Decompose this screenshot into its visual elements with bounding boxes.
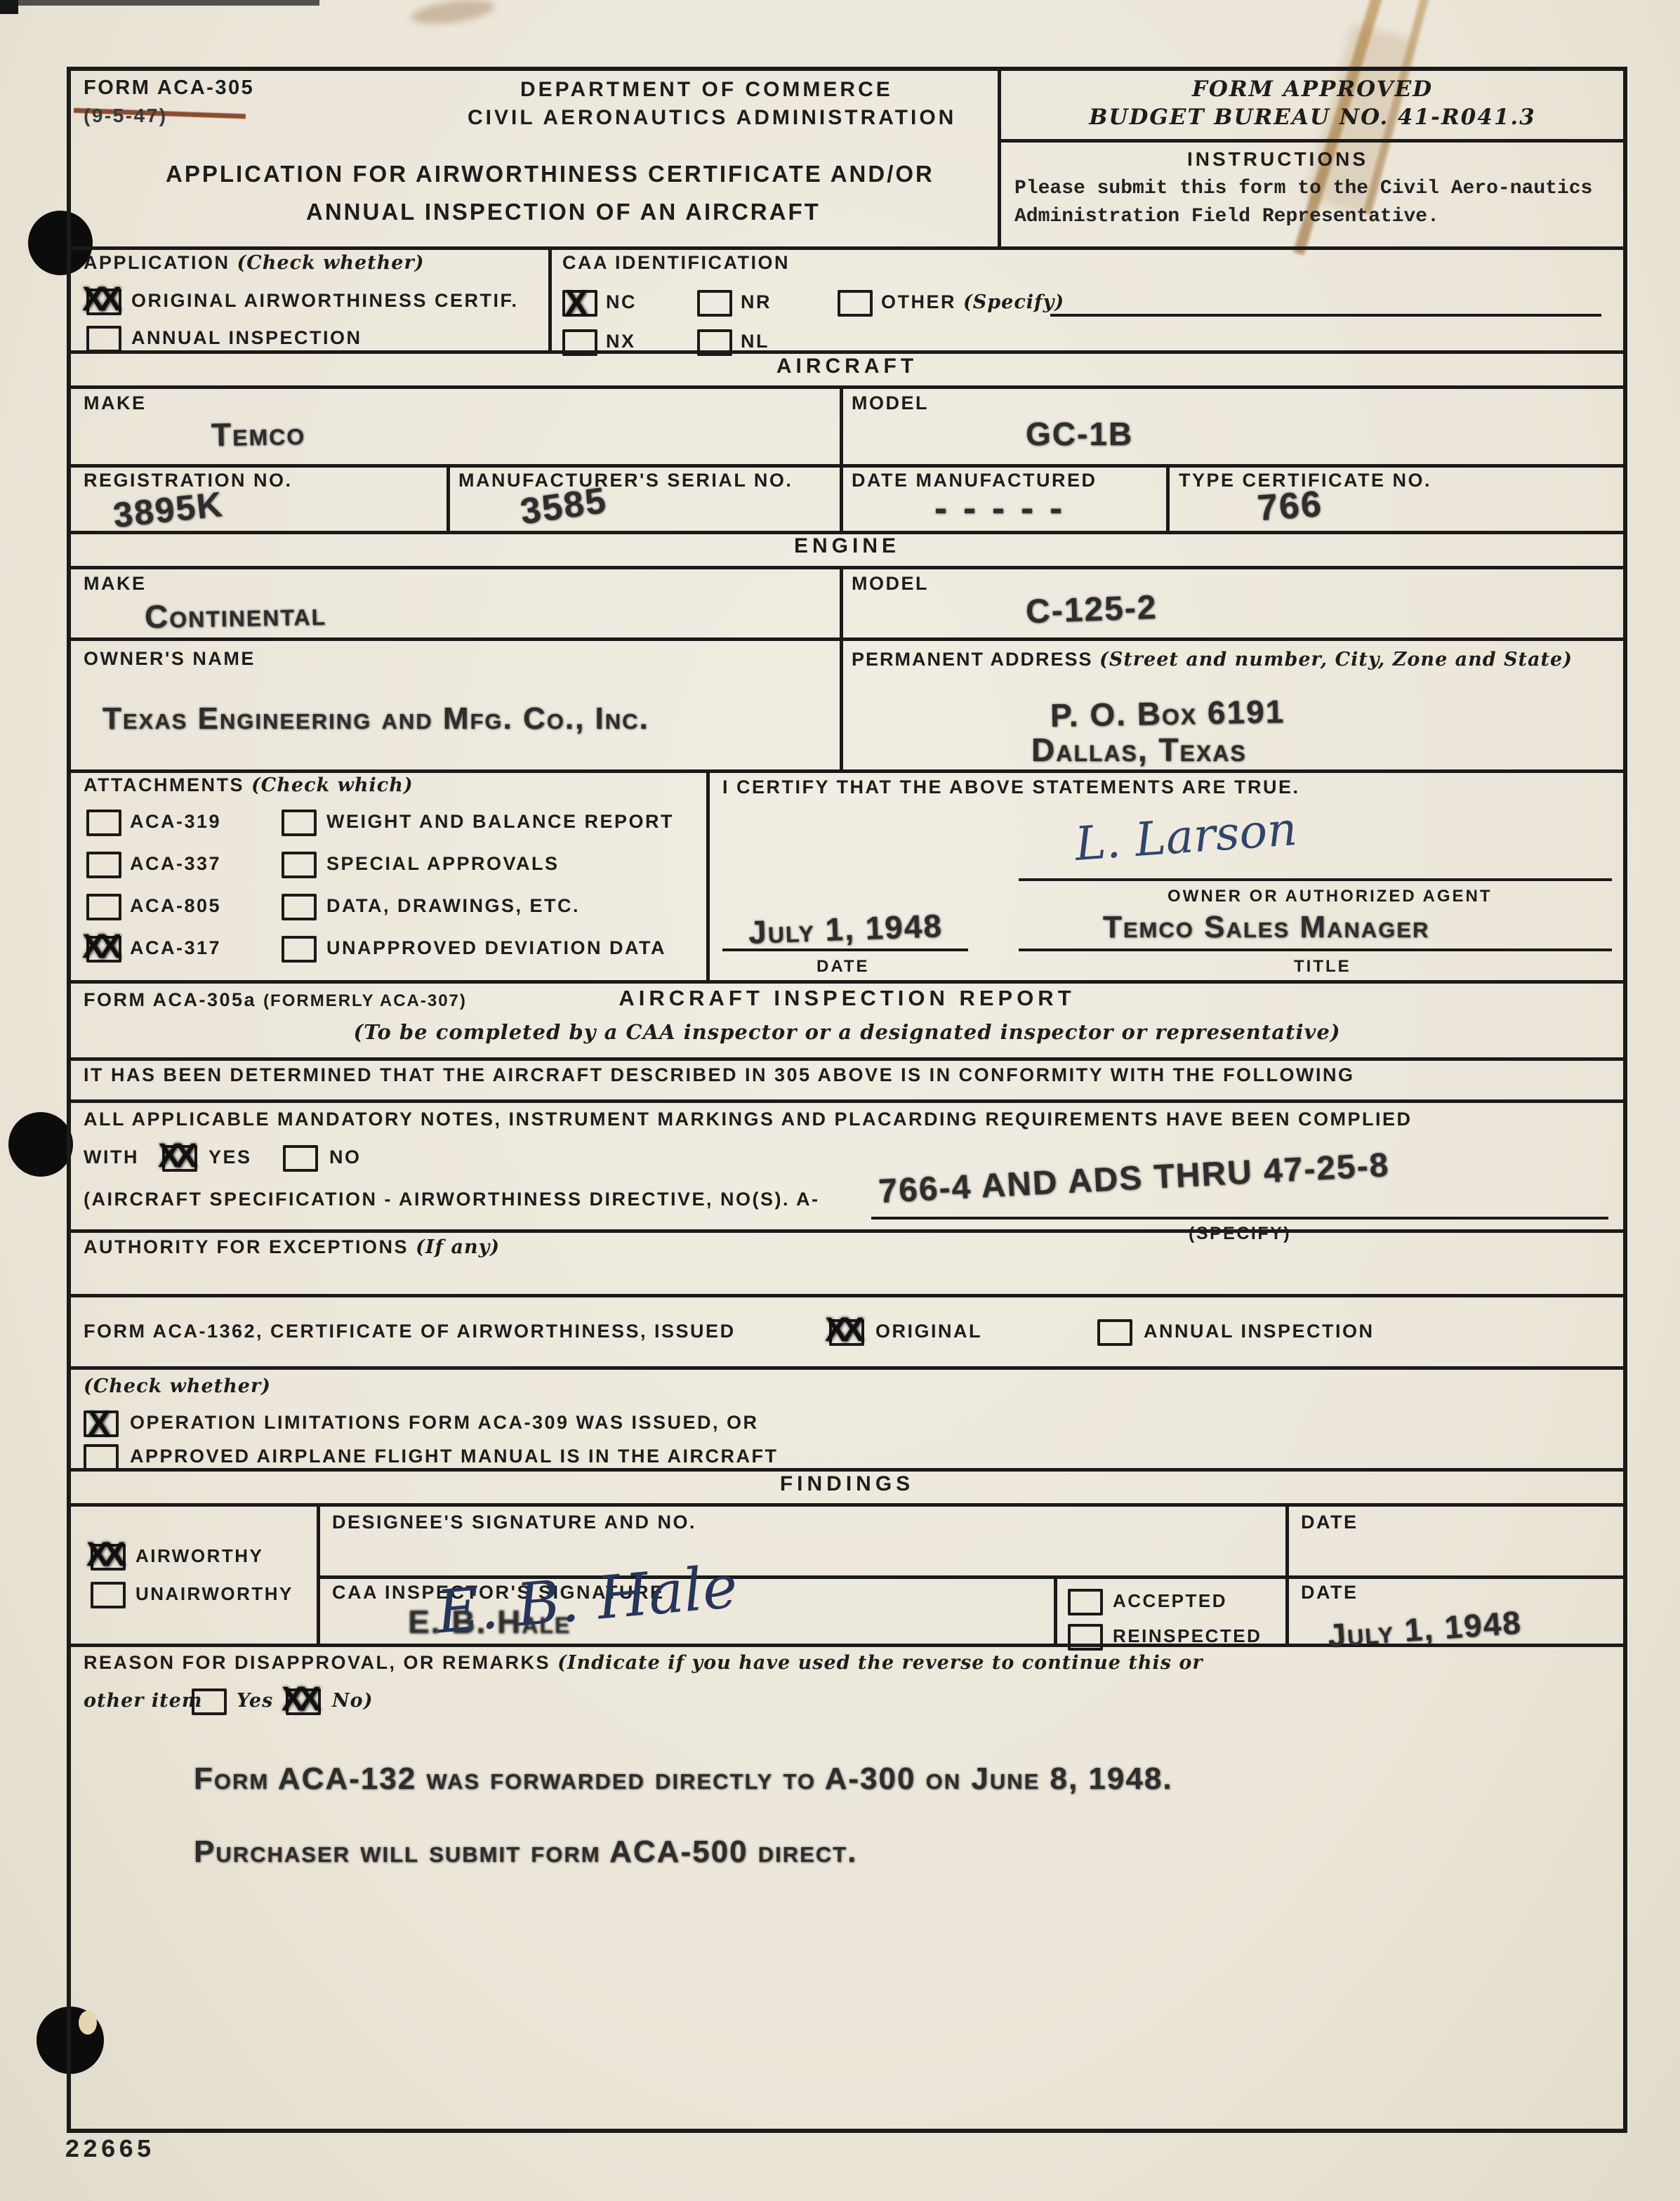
checkbox-issued-annual[interactable] <box>1097 1319 1132 1346</box>
instructions-body: Please submit this form to the Civil Aer… <box>1014 175 1611 231</box>
check-mark: X <box>88 1405 110 1443</box>
option-other: OTHER (Specify) <box>881 291 1064 313</box>
checkbox-flight-manual[interactable] <box>84 1444 119 1471</box>
registration-value: 3895K <box>111 484 225 536</box>
authority-exceptions-note: (If any) <box>416 1236 500 1258</box>
engine-model-value: C-125-2 <box>1025 588 1158 632</box>
attachment-aca-805: ACA-805 <box>130 895 221 917</box>
remarks-stamped-line1: Form ACA-132 was forwarded directly to A… <box>194 1762 1173 1797</box>
checkbox-annual-inspection[interactable] <box>86 326 121 352</box>
checkbox-issued-original[interactable]: XX <box>829 1319 864 1346</box>
owner-name-value: Texas Engineering and Mfg. Co., Inc. <box>102 701 649 736</box>
attachment-aca-317: ACA-317 <box>130 937 221 959</box>
checkbox-other[interactable] <box>838 290 873 317</box>
form-number: FORM ACA-305 <box>84 77 254 100</box>
brown-scuff-stain <box>409 0 496 28</box>
certification-title-line[interactable] <box>1019 949 1612 951</box>
attachments-label: ATTACHMENTS (Check which) <box>84 774 414 796</box>
certification-title-caption: TITLE <box>1294 957 1351 977</box>
checkbox-aca-337[interactable] <box>86 852 121 878</box>
checkbox-operation-limitations[interactable]: X <box>84 1410 119 1437</box>
certification-date-caption: DATE <box>816 957 870 977</box>
owner-signature-line[interactable] <box>1019 878 1612 881</box>
check-mark: XX <box>282 1680 315 1719</box>
checkbox-special-approvals[interactable] <box>282 852 317 878</box>
application-label: APPLICATION (Check whether) <box>84 252 424 274</box>
checkbox-unairworthy[interactable] <box>91 1582 126 1608</box>
option-nx: NX <box>606 331 636 352</box>
check-mark: XX <box>82 280 116 319</box>
inspector-signature[interactable]: E. B. Hale <box>434 1552 741 1646</box>
checkbox-aca-319[interactable] <box>86 809 121 836</box>
certification-title-value: Temco Sales Manager <box>1103 910 1429 945</box>
department-line2: CIVIL AERONAUTICS ADMINISTRATION <box>468 106 956 130</box>
airworthy-label: AIRWORTHY <box>135 1545 263 1567</box>
complied-no-label: NO <box>329 1146 362 1168</box>
checkbox-complied-no[interactable] <box>283 1145 318 1172</box>
owner-address-line2: Dallas, Texas <box>1031 731 1247 769</box>
aircraft-make-label: MAKE <box>84 392 147 414</box>
authority-exceptions-label: AUTHORITY FOR EXCEPTIONS (If any) <box>84 1236 500 1258</box>
complied-yes-label: YES <box>209 1146 252 1168</box>
attachment-weight-balance: WEIGHT AND BALANCE REPORT <box>326 811 674 833</box>
owner-name-label: OWNER'S NAME <box>84 648 256 670</box>
form-title-line2: ANNUAL INSPECTION OF AN AIRCRAFT <box>306 199 821 225</box>
option-nl: NL <box>741 331 769 352</box>
designee-signature-label: DESIGNEE'S SIGNATURE AND NO. <box>332 1512 696 1533</box>
attachment-special-approvals: SPECIAL APPROVALS <box>326 853 560 875</box>
checkbox-accepted[interactable] <box>1068 1589 1103 1615</box>
attachment-aca-319: ACA-319 <box>130 811 221 833</box>
option-nr: NR <box>741 291 772 313</box>
checkbox-aca-317[interactable]: XX <box>86 936 121 963</box>
option-original-airworthiness-certif: ORIGINAL AIRWORTHINESS CERTIF. <box>131 290 519 312</box>
checkbox-unapproved-deviation[interactable] <box>282 936 317 963</box>
checkbox-complied-yes[interactable]: XX <box>162 1145 197 1172</box>
checkbox-weight-balance[interactable] <box>282 809 317 836</box>
serial-label: MANUFACTURER'S SERIAL NO. <box>458 470 793 491</box>
option-annual-inspection: ANNUAL INSPECTION <box>131 327 362 349</box>
checkbox-nr[interactable] <box>697 290 732 317</box>
unairworthy-label: UNAIRWORTHY <box>135 1583 293 1605</box>
form-approved-line1: FORM APPROVED <box>1002 77 1623 102</box>
reverse-no-label: No) <box>332 1690 373 1712</box>
aca1362-label: FORM ACA-1362, CERTIFICATE OF AIRWORTHIN… <box>84 1321 736 1342</box>
checkbox-reverse-yes[interactable] <box>192 1688 227 1715</box>
checkbox-nx[interactable] <box>562 329 597 356</box>
checkbox-aca-805[interactable] <box>86 894 121 920</box>
instructions-title: INSTRUCTIONS <box>1187 148 1368 171</box>
checkbox-data-drawings[interactable] <box>282 894 317 920</box>
checkbox-nc[interactable]: X <box>562 290 597 317</box>
scan-edge-artifact <box>18 0 319 6</box>
aircraft-make-value: Temco <box>211 414 306 454</box>
remarks-label: REASON FOR DISAPPROVAL, OR REMARKS (Indi… <box>84 1652 1203 1674</box>
check-mark: XX <box>158 1137 192 1175</box>
owner-address-line1: P. O. Box 6191 <box>1050 692 1285 734</box>
aircraft-model-label: MODEL <box>852 392 929 414</box>
owner-signature[interactable]: L. Larson <box>1073 802 1299 871</box>
owner-signature-caption: OWNER OR AUTHORIZED AGENT <box>1168 887 1493 906</box>
permanent-address-note: (Street and number, City, Zone and State… <box>1099 649 1573 670</box>
form-title-line1: APPLICATION FOR AIRWORTHINESS CERTIFICAT… <box>166 161 934 187</box>
issued-original-label: ORIGINAL <box>875 1321 982 1342</box>
operation-limitations-label: OPERATION LIMITATIONS FORM ACA-309 WAS I… <box>130 1412 759 1434</box>
certification-date-value: July 1, 1948 <box>748 906 944 951</box>
findings-section-title: FINDINGS <box>71 1472 1623 1496</box>
checkbox-original-airworthiness-certif[interactable]: XX <box>86 289 121 315</box>
determined-statement: IT HAS BEEN DETERMINED THAT THE AIRCRAFT… <box>84 1064 1355 1086</box>
reverse-yes-label: Yes <box>237 1690 273 1712</box>
aircraft-model-value: GC-1B <box>1026 415 1133 453</box>
inspection-report-title: AIRCRAFT INSPECTION REPORT <box>71 986 1623 1011</box>
checkbox-reinspected[interactable] <box>1068 1624 1103 1651</box>
form-approved-line2: BUDGET BUREAU NO. 41-R041.3 <box>1002 105 1623 130</box>
engine-model-label: MODEL <box>852 573 929 595</box>
designee-date-label: DATE <box>1301 1512 1358 1533</box>
type-certificate-value: 766 <box>1256 483 1324 529</box>
check-mark: XX <box>82 927 116 966</box>
attachments-label-note: (Check which) <box>251 774 414 796</box>
department-line1: DEPARTMENT OF COMMERCE <box>520 78 893 102</box>
permanent-address-label: PERMANENT ADDRESS (Street and number, Ci… <box>852 645 1603 674</box>
issued-annual-label: ANNUAL INSPECTION <box>1144 1321 1375 1342</box>
scan-corner-artifact <box>0 0 18 14</box>
aircraft-spec-label: (AIRCRAFT SPECIFICATION - AIRWORTHINESS … <box>84 1189 820 1210</box>
check-mark: X <box>565 284 588 323</box>
form-border: FORM ACA-305 (9-5-47) DEPARTMENT OF COMM… <box>67 67 1627 2133</box>
engine-make-value: Continental <box>145 595 327 636</box>
other-specify-note: (Specify) <box>963 291 1064 313</box>
footer-serial-stamp: 22665 <box>65 2136 154 2164</box>
check-mark: XX <box>86 1535 120 1574</box>
check-whether-note: (Check whether) <box>84 1375 271 1397</box>
attachment-unapproved-deviation: UNAPPROVED DEVIATION DATA <box>326 937 666 959</box>
aircraft-spec-caption: (SPECIFY) <box>1189 1224 1291 1244</box>
remarks-note-line2: other item <box>84 1690 202 1712</box>
remarks-note-line1: (Indicate if you have used the reverse t… <box>557 1652 1203 1674</box>
aircraft-section-title: AIRCRAFT <box>71 355 1623 378</box>
compliance-statement: ALL APPLICABLE MANDATORY NOTES, INSTRUME… <box>84 1109 1413 1130</box>
checkbox-reverse-no[interactable]: XX <box>286 1688 321 1715</box>
aircraft-spec-line[interactable] <box>871 1217 1608 1220</box>
form-revision: (9-5-47) <box>84 105 168 127</box>
other-specify-blank[interactable] <box>1050 314 1601 317</box>
inspection-report-subtitle: (To be completed by a CAA inspector or a… <box>71 1020 1623 1044</box>
reinspected-label: REINSPECTED <box>1113 1625 1262 1647</box>
checkbox-airworthy[interactable]: XX <box>91 1544 126 1571</box>
caa-identification-label: CAA IDENTIFICATION <box>562 252 790 274</box>
compliance-with-label: WITH <box>84 1146 139 1168</box>
attachment-data-drawings: DATA, DRAWINGS, ETC. <box>326 895 580 917</box>
accepted-label: ACCEPTED <box>1113 1590 1227 1612</box>
engine-section-title: ENGINE <box>71 534 1623 558</box>
option-nc: NC <box>606 291 637 313</box>
application-label-note: (Check whether) <box>237 252 425 274</box>
scanned-form-page: FORM ACA-305 (9-5-47) DEPARTMENT OF COMM… <box>0 0 1680 2201</box>
certification-date-line[interactable] <box>722 949 968 951</box>
date-manufactured-value: - - - - - <box>934 487 1065 530</box>
check-mark: XX <box>825 1311 859 1349</box>
attachment-aca-337: ACA-337 <box>130 853 221 875</box>
checkbox-nl[interactable] <box>697 329 732 356</box>
aircraft-spec-value: 766-4 AND ADS THRU 47-25-8 <box>878 1146 1391 1211</box>
hole-punch <box>8 1112 73 1177</box>
remarks-stamped-line2: Purchaser will submit form ACA-500 direc… <box>194 1835 857 1870</box>
engine-make-label: MAKE <box>84 573 147 595</box>
flight-manual-label: APPROVED AIRPLANE FLIGHT MANUAL IS IN TH… <box>130 1446 779 1467</box>
findings-date-label: DATE <box>1301 1582 1358 1604</box>
certify-statement: I CERTIFY THAT THE ABOVE STATEMENTS ARE … <box>722 776 1300 798</box>
